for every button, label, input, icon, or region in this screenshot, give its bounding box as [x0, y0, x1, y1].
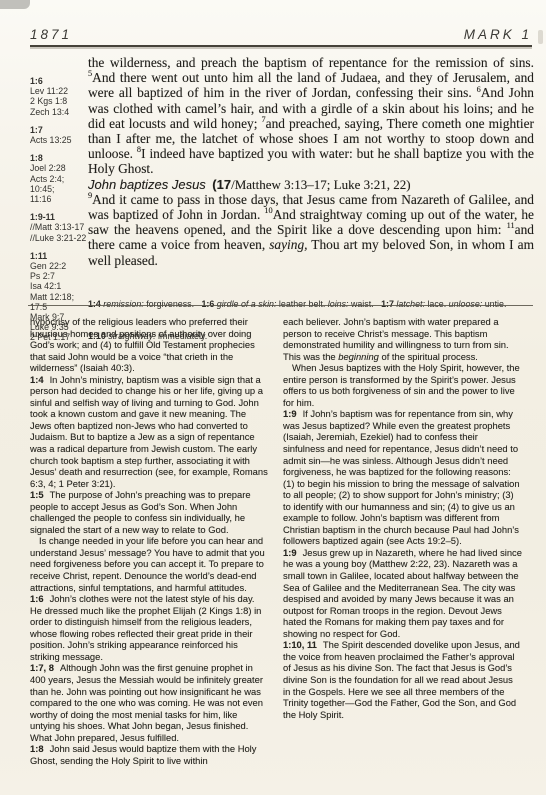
- section-divider: [28, 305, 533, 306]
- commentary-paragraph: Is change needed in your life before you…: [30, 535, 269, 593]
- margin-ref-line: Gen 22:2: [30, 261, 88, 271]
- commentary-paragraph: 1:10, 11The Spirit descended dovelike up…: [283, 639, 522, 720]
- commentary-col-right: each believer. John’s baptism with water…: [283, 316, 522, 766]
- margin-ref-line: //Luke 3:21-22: [30, 233, 88, 243]
- commentary-paragraph: 1:7, 8Although John was the first genuin…: [30, 662, 269, 743]
- scan-artifact-right: [538, 30, 543, 44]
- margin-ref-line: 11:16: [30, 194, 88, 204]
- margin-ref-line: Lev 11:22: [30, 86, 88, 96]
- commentary-paragraph: 1:8John said Jesus would baptize them wi…: [30, 743, 269, 766]
- margin-ref-group: 1:8Joel 2:28Acts 2:4; 10:45;11:16: [30, 153, 88, 204]
- margin-ref-line: //Matt 3:13-17: [30, 222, 88, 232]
- section-heading: John baptizes Jesus (17/Matthew 3:13–17;…: [88, 177, 534, 192]
- scripture-paragraph-2: 9And it came to pass in those days, that…: [88, 192, 534, 268]
- page-number: 1871: [30, 27, 72, 42]
- margin-ref-line: Zech 13:4: [30, 107, 88, 117]
- margin-ref-group: 1:9-11//Matt 3:13-17//Luke 3:21-22: [30, 212, 88, 243]
- commentary-verse-label: 1:5: [30, 489, 44, 500]
- margin-ref-verse: 1:7: [30, 125, 88, 135]
- commentary-verse-label: 1:8: [30, 743, 44, 754]
- commentary-col-left: hypocrisy of the religious leaders who p…: [30, 316, 269, 766]
- margin-ref-group: 1:6Lev 11:222 Kgs 1:8Zech 13:4: [30, 76, 88, 117]
- margin-ref-verse: 1:8: [30, 153, 88, 163]
- margin-ref-line: Matt 12:18;: [30, 292, 88, 302]
- margin-ref-line: 17:5: [30, 302, 88, 312]
- page-header: 1871 MARK 1: [30, 27, 532, 42]
- scan-artifact-top-left: [0, 0, 30, 9]
- margin-ref-verse: 1:6: [30, 76, 88, 86]
- commentary-paragraph: When Jesus baptizes with the Holy Spirit…: [283, 362, 522, 408]
- margin-ref-line: 2 Kgs 1:8: [30, 96, 88, 106]
- commentary-verse-label: 1:10, 11: [283, 639, 317, 650]
- commentary-verse-label: 1:9: [283, 408, 297, 419]
- margin-ref-line: Isa 42:1: [30, 281, 88, 291]
- margin-ref-line: Ps 2:7: [30, 271, 88, 281]
- bible-page: 1871 MARK 1 1:6Lev 11:222 Kgs 1:8Zech 13…: [0, 0, 546, 795]
- header-rule: [30, 45, 532, 47]
- commentary-verse-label: 1:6: [30, 593, 44, 604]
- margin-ref-group: 1:7Acts 13:25: [30, 125, 88, 145]
- commentary-paragraph: each believer. John’s baptism with water…: [283, 316, 522, 362]
- margin-ref-line: Joel 2:28: [30, 163, 88, 173]
- margin-ref-line: Acts 13:25: [30, 135, 88, 145]
- commentary-verse-label: 1:9: [283, 547, 297, 558]
- margin-references: 1:6Lev 11:222 Kgs 1:8Zech 13:41:7Acts 13…: [30, 76, 88, 351]
- scripture-paragraph-1: the wilderness, and preach the baptism o…: [88, 55, 534, 177]
- commentary-paragraph: 1:6John’s clothes were not the latest st…: [30, 593, 269, 662]
- commentary-paragraph: 1:9Jesus grew up in Nazareth, where he h…: [283, 547, 522, 639]
- margin-ref-line: Acts 2:4; 10:45;: [30, 174, 88, 194]
- commentary-paragraph: 1:4In John’s ministry, baptism was a vis…: [30, 374, 269, 489]
- commentary-verse-label: 1:4: [30, 374, 44, 385]
- commentary-paragraph: 1:9If John’s baptism was for repentance …: [283, 408, 522, 547]
- commentary-verse-label: 1:7, 8: [30, 662, 54, 673]
- book-title: MARK 1: [464, 27, 532, 42]
- commentary-paragraph: 1:5The purpose of John’s preaching was t…: [30, 489, 269, 535]
- commentary-paragraph: hypocrisy of the religious leaders who p…: [30, 316, 269, 374]
- margin-ref-verse: 1:11: [30, 251, 88, 261]
- commentary-section: hypocrisy of the religious leaders who p…: [30, 316, 522, 766]
- margin-ref-verse: 1:9-11: [30, 212, 88, 222]
